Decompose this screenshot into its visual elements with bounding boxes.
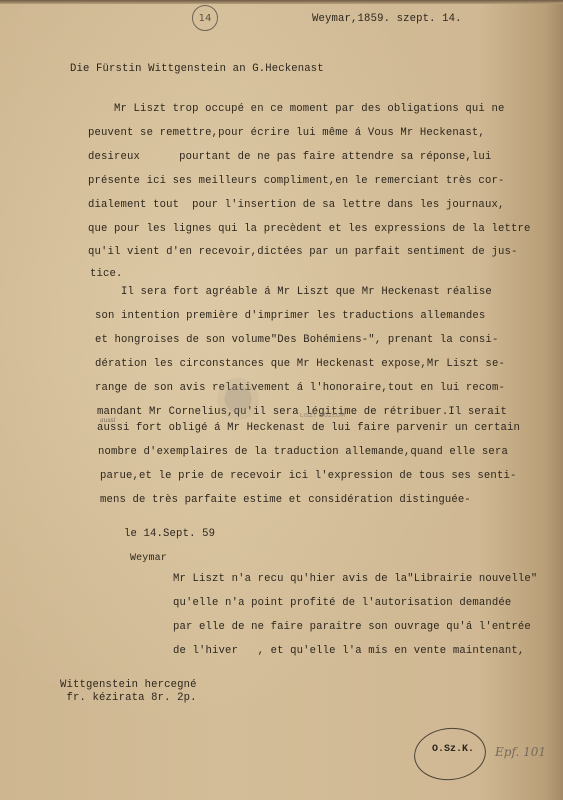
paragraph-1-line: qu'il vient d'en recevoir,dictées par un… <box>88 246 517 258</box>
paragraph-2-line: range de son avis relativement á l'honor… <box>95 382 505 394</box>
museum-stamp-seal <box>217 378 259 420</box>
paragraph-1-line: Mr Liszt trop occupé en ce moment par de… <box>88 103 504 115</box>
postscript-line: par elle de ne faire paraitre son ouvrag… <box>173 621 531 633</box>
library-stamp: O.Sz.K. <box>432 744 474 755</box>
footer-note-line: Wittgenstein hercegné <box>60 679 197 691</box>
paragraph-2-line: mens de très parfaite estime et considér… <box>100 494 471 506</box>
dateline: Weymar,1859. szept. 14. <box>312 13 462 25</box>
paragraph-1-line: desireux pourtant de ne pas faire attend… <box>88 151 491 163</box>
paragraph-2-line: nombre d'exemplaires de la traduction al… <box>98 446 508 458</box>
paragraph-2-line: aussi fort obligé á Mr Heckenast de lui … <box>97 422 520 434</box>
paragraph-1-line: peuvent se remettre,pour écrire lui même… <box>88 127 485 139</box>
paragraph-2-line: Il sera fort agréable á Mr Liszt que Mr … <box>95 286 492 298</box>
paragraph-2-line: dération les circonstances que Mr Hecken… <box>95 358 505 370</box>
paragraph-1-line: présente ici ses meilleurs compliment,en… <box>88 175 504 187</box>
paragraph-1-line: dialement tout pour l'insertion de sa le… <box>88 199 504 211</box>
letter-page: 14 Weymar,1859. szept. 14. Die Fürstin W… <box>0 0 563 800</box>
letter-heading: Die Fürstin Wittgenstein an G.Heckenast <box>70 63 324 75</box>
paragraph-2-line: son intention première d'imprimer les tr… <box>95 310 485 322</box>
paragraph-2-line: et hongroises de son volume"Des Bohémien… <box>95 334 498 346</box>
closing-date: le 14.Sept. 59 <box>124 528 215 540</box>
handwritten-annotation: aussi <box>100 417 116 424</box>
museum-stamp-label: LISZT MÚZEUM <box>300 413 345 419</box>
closing-place: Weymar <box>130 553 167 564</box>
postscript-line: de l'hiver , et qu'elle l'a mis en vente… <box>173 645 524 657</box>
postscript-line: Mr Liszt n'a recu qu'hier avis de la"Lib… <box>173 573 537 585</box>
page-number-circle: 14 <box>192 5 218 31</box>
shelf-mark: Epf. 101 <box>495 745 546 759</box>
postscript-line: qu'elle n'a point profité de l'autorisat… <box>173 597 511 609</box>
paragraph-1-line: tice. <box>90 268 123 280</box>
paragraph-1-line: que pour les lignes qui la precèdent et … <box>88 223 531 235</box>
page-number: 14 <box>199 13 212 24</box>
paragraph-2-line: parue,et le prie de recevoir ici l'expre… <box>100 470 516 482</box>
footer-note-line: fr. kézirata 8r. 2p. <box>60 692 197 704</box>
